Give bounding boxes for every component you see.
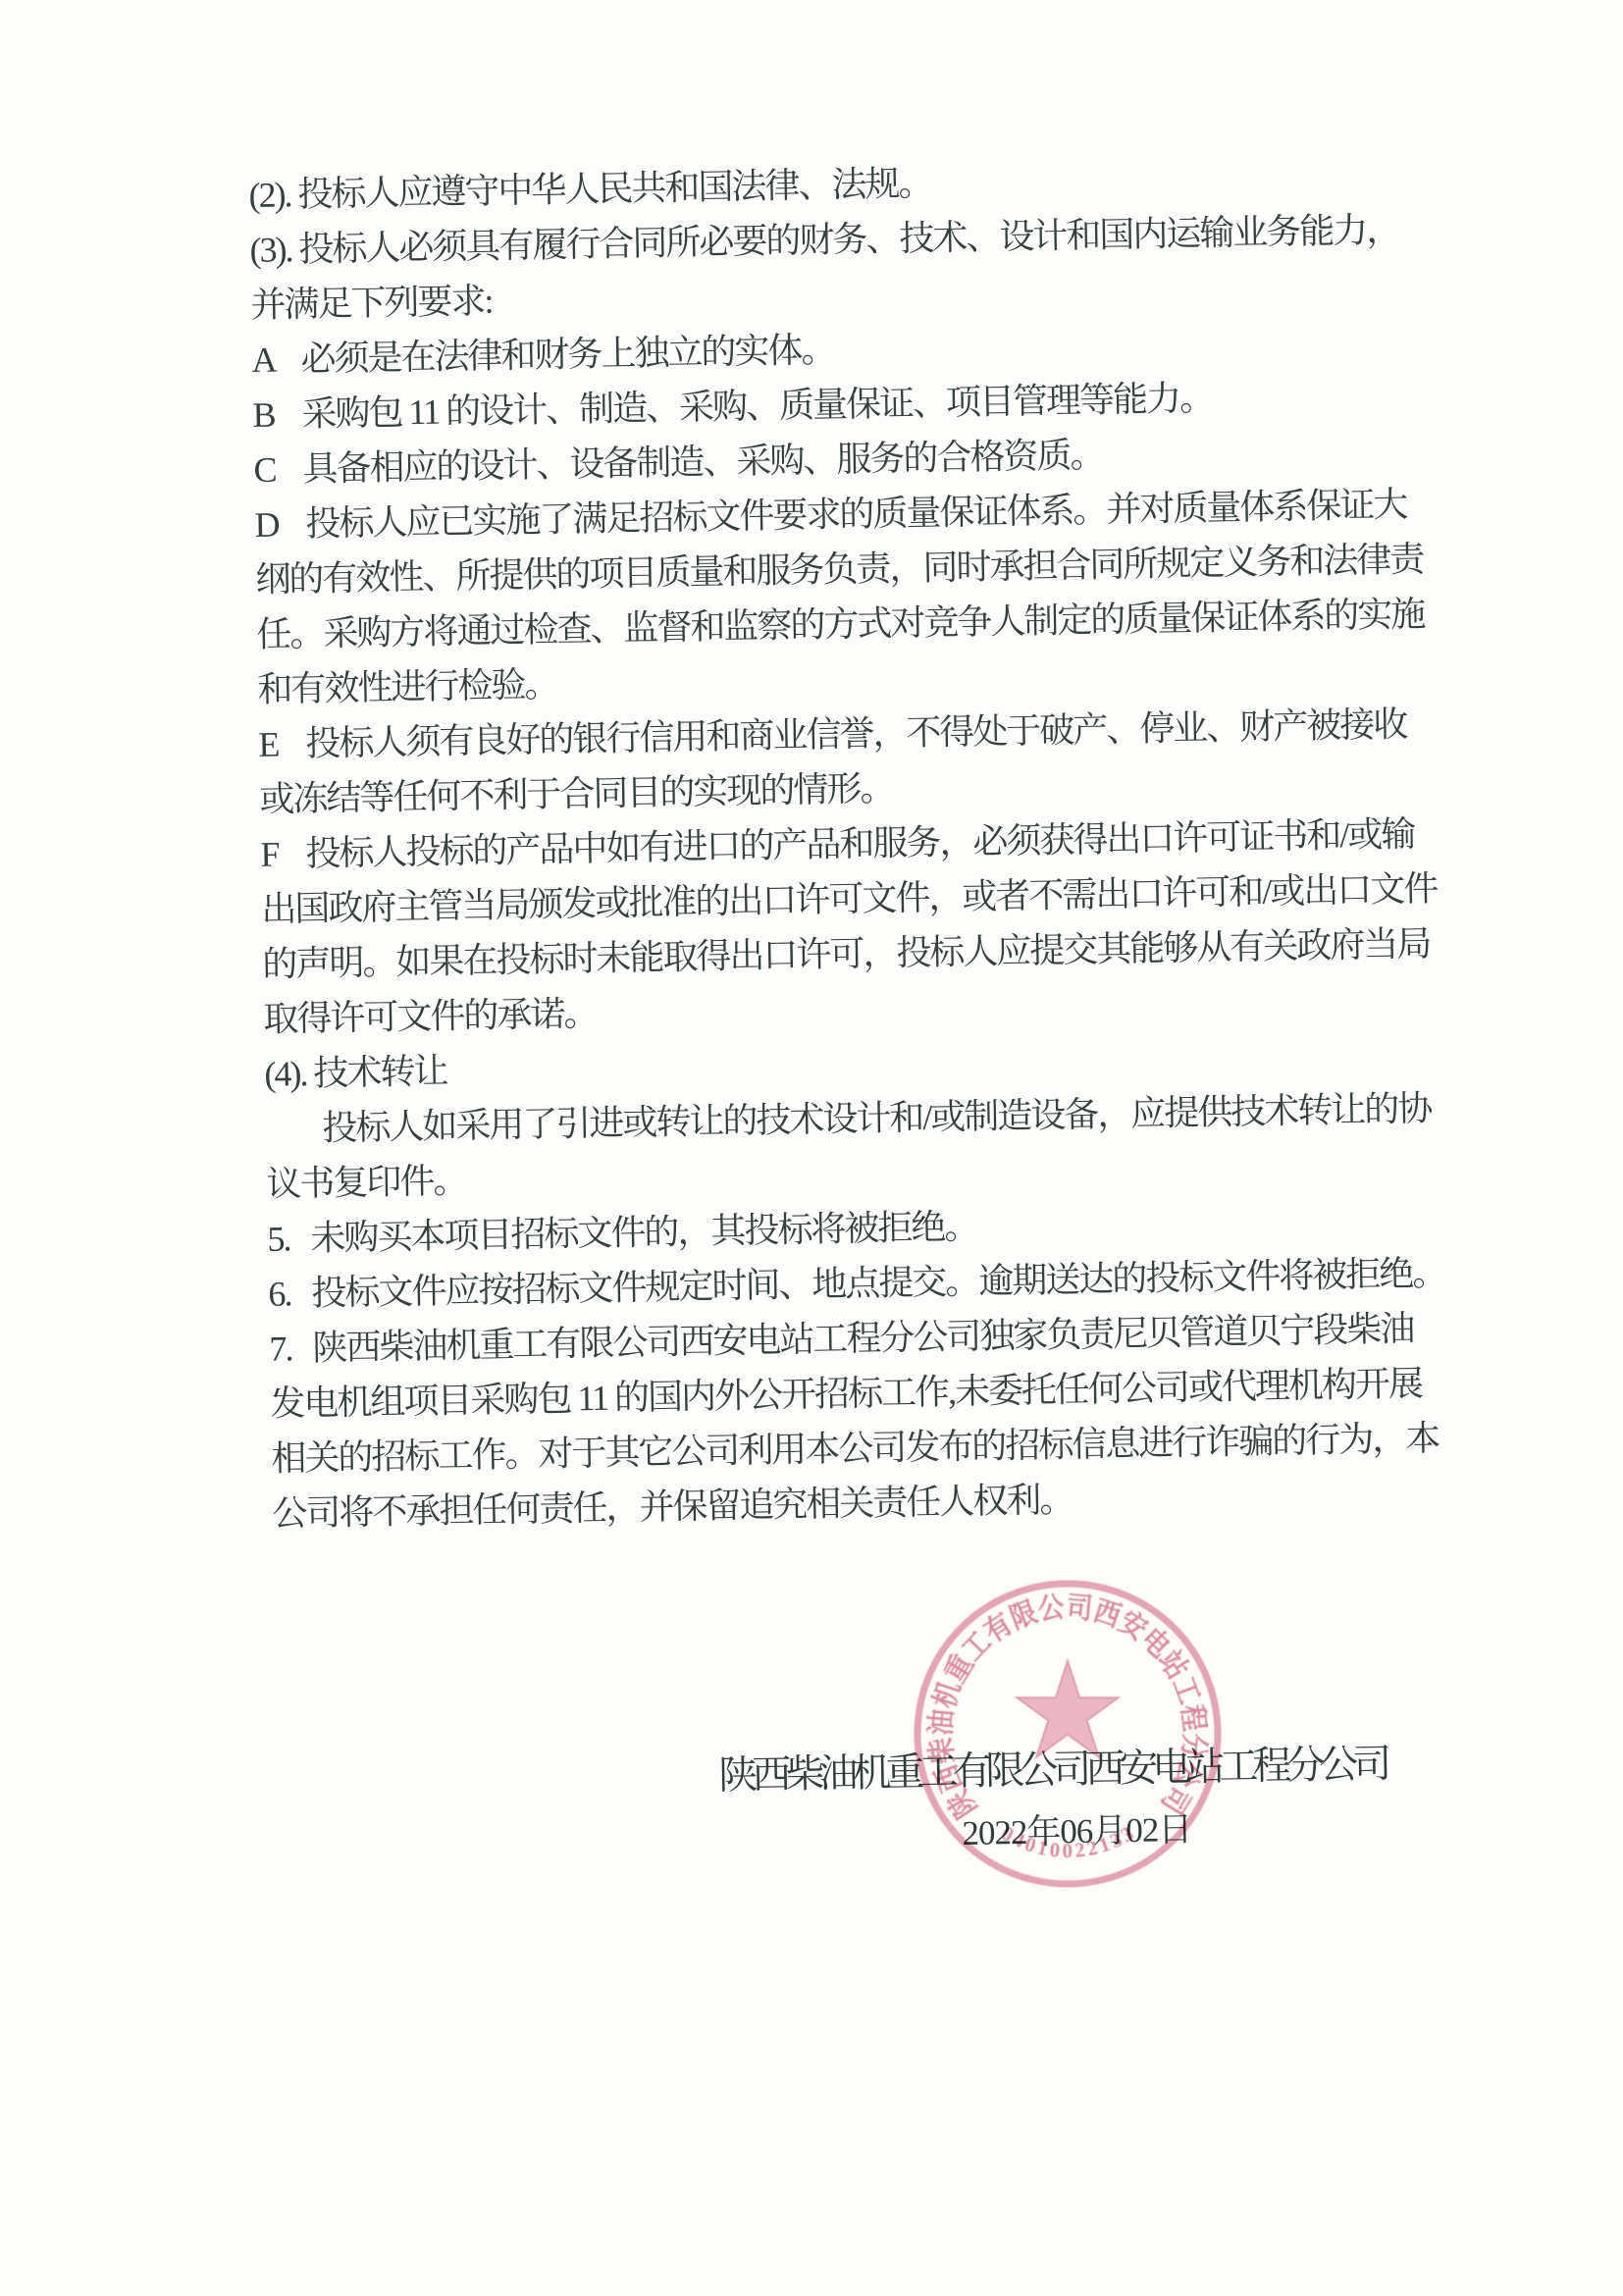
- document-body: (2). 投标人应遵守中华人民共和国法律、法规。 (3). 投标人必须具有履行合…: [248, 147, 1440, 1541]
- official-company-seal: 陕西柴油机重工有限公司西安电站工程分公司 04010022133: [901, 1567, 1234, 1901]
- seal-serial-number: 04010022133: [997, 1820, 1140, 1862]
- scanned-document-page: (2). 投标人应遵守中华人民共和国法律、法规。 (3). 投标人必须具有履行合…: [0, 0, 1623, 2296]
- star-icon: [1018, 1661, 1119, 1757]
